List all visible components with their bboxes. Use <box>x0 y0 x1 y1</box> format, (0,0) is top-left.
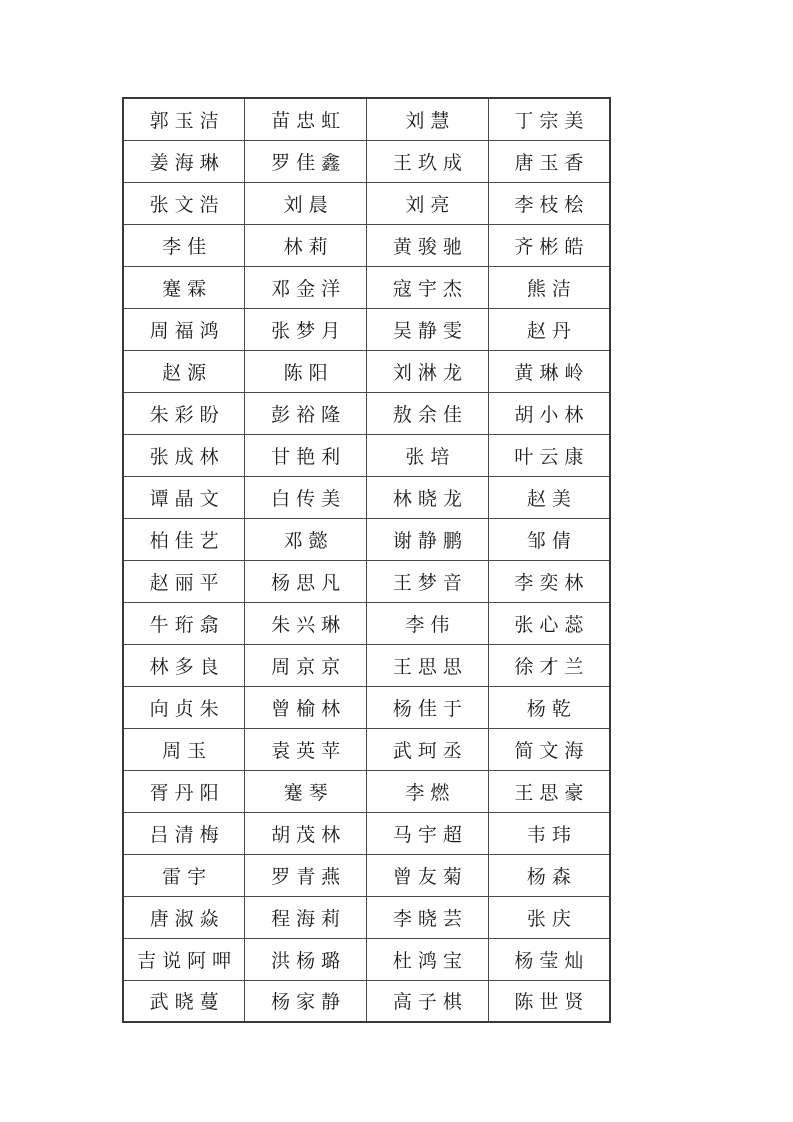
name-cell: 唐玉香 <box>488 140 610 182</box>
name-cell: 王思豪 <box>488 770 610 812</box>
name-cell: 陈阳 <box>245 350 367 392</box>
table-row: 牛珩翕朱兴琳李伟张心蕊 <box>123 602 610 644</box>
name-cell: 林莉 <box>245 224 367 266</box>
name-cell: 周京京 <box>245 644 367 686</box>
name-cell: 彭裕隆 <box>245 392 367 434</box>
names-table: 郭玉洁苗忠虹刘慧丁宗美姜海琳罗佳鑫王玖成唐玉香张文浩刘晨刘亮李枝桧李佳林莉黄骏驰… <box>122 97 611 1023</box>
name-cell: 胡小林 <box>488 392 610 434</box>
name-cell: 张成林 <box>123 434 245 476</box>
table-row: 李佳林莉黄骏驰齐彬皓 <box>123 224 610 266</box>
table-row: 唐淑焱程海莉李晓芸张庆 <box>123 896 610 938</box>
name-cell: 韦玮 <box>488 812 610 854</box>
name-cell: 朱兴琳 <box>245 602 367 644</box>
name-cell: 刘淋龙 <box>367 350 489 392</box>
name-cell: 吉说阿呷 <box>123 938 245 980</box>
name-cell: 李晓芸 <box>367 896 489 938</box>
name-cell: 郭玉洁 <box>123 98 245 140</box>
name-cell: 张文浩 <box>123 182 245 224</box>
table-row: 姜海琳罗佳鑫王玖成唐玉香 <box>123 140 610 182</box>
table-row: 林多良周京京王思思徐才兰 <box>123 644 610 686</box>
table-row: 郭玉洁苗忠虹刘慧丁宗美 <box>123 98 610 140</box>
name-cell: 武晓蔓 <box>123 980 245 1022</box>
name-cell: 徐才兰 <box>488 644 610 686</box>
table-row: 张成林甘艳利张培叶云康 <box>123 434 610 476</box>
names-table-body: 郭玉洁苗忠虹刘慧丁宗美姜海琳罗佳鑫王玖成唐玉香张文浩刘晨刘亮李枝桧李佳林莉黄骏驰… <box>123 98 610 1022</box>
table-row: 谭晶文白传美林晓龙赵美 <box>123 476 610 518</box>
name-cell: 柏佳艺 <box>123 518 245 560</box>
name-cell: 程海莉 <box>245 896 367 938</box>
name-cell: 杨莹灿 <box>488 938 610 980</box>
name-cell: 蹇霖 <box>123 266 245 308</box>
name-cell: 李伟 <box>367 602 489 644</box>
name-cell: 叶云康 <box>488 434 610 476</box>
name-cell: 邹倩 <box>488 518 610 560</box>
name-cell: 白传美 <box>245 476 367 518</box>
name-cell: 李枝桧 <box>488 182 610 224</box>
name-cell: 胡茂林 <box>245 812 367 854</box>
name-cell: 赵美 <box>488 476 610 518</box>
table-row: 武晓蔓杨家静高子棋陈世贤 <box>123 980 610 1022</box>
table-row: 向贞朱曾榆林杨佳于杨乾 <box>123 686 610 728</box>
name-cell: 唐淑焱 <box>123 896 245 938</box>
name-cell: 牛珩翕 <box>123 602 245 644</box>
name-cell: 高子棋 <box>367 980 489 1022</box>
name-cell: 吴静雯 <box>367 308 489 350</box>
name-cell: 吕清梅 <box>123 812 245 854</box>
name-cell: 陈世贤 <box>488 980 610 1022</box>
name-cell: 张培 <box>367 434 489 476</box>
name-cell: 简文海 <box>488 728 610 770</box>
name-cell: 谭晶文 <box>123 476 245 518</box>
name-cell: 罗佳鑫 <box>245 140 367 182</box>
name-cell: 刘晨 <box>245 182 367 224</box>
table-row: 雷宇罗青燕曾友菊杨森 <box>123 854 610 896</box>
name-cell: 敖余佳 <box>367 392 489 434</box>
table-row: 蹇霖邓金洋寇宇杰熊洁 <box>123 266 610 308</box>
name-cell: 张心蕊 <box>488 602 610 644</box>
table-row: 张文浩刘晨刘亮李枝桧 <box>123 182 610 224</box>
name-cell: 蹇琴 <box>245 770 367 812</box>
name-cell: 武珂丞 <box>367 728 489 770</box>
document-page: 郭玉洁苗忠虹刘慧丁宗美姜海琳罗佳鑫王玖成唐玉香张文浩刘晨刘亮李枝桧李佳林莉黄骏驰… <box>0 0 793 1122</box>
name-cell: 杨佳于 <box>367 686 489 728</box>
name-cell: 邓懿 <box>245 518 367 560</box>
name-cell: 甘艳利 <box>245 434 367 476</box>
name-cell: 罗青燕 <box>245 854 367 896</box>
name-cell: 朱彩盼 <box>123 392 245 434</box>
name-cell: 曾友菊 <box>367 854 489 896</box>
name-cell: 王梦音 <box>367 560 489 602</box>
table-row: 朱彩盼彭裕隆敖余佳胡小林 <box>123 392 610 434</box>
name-cell: 曾榆林 <box>245 686 367 728</box>
name-cell: 张庆 <box>488 896 610 938</box>
name-cell: 刘慧 <box>367 98 489 140</box>
name-cell: 姜海琳 <box>123 140 245 182</box>
name-cell: 黄骏驰 <box>367 224 489 266</box>
name-cell: 苗忠虹 <box>245 98 367 140</box>
name-cell: 向贞朱 <box>123 686 245 728</box>
name-cell: 胥丹阳 <box>123 770 245 812</box>
name-cell: 李燃 <box>367 770 489 812</box>
name-cell: 林多良 <box>123 644 245 686</box>
name-cell: 林晓龙 <box>367 476 489 518</box>
table-row: 赵源陈阳刘淋龙黄琳岭 <box>123 350 610 392</box>
name-cell: 杨家静 <box>245 980 367 1022</box>
table-row: 柏佳艺邓懿谢静鹏邹倩 <box>123 518 610 560</box>
name-cell: 李奕林 <box>488 560 610 602</box>
table-row: 周福鸿张梦月吴静雯赵丹 <box>123 308 610 350</box>
name-cell: 杨乾 <box>488 686 610 728</box>
name-cell: 马宇超 <box>367 812 489 854</box>
name-cell: 齐彬皓 <box>488 224 610 266</box>
name-cell: 黄琳岭 <box>488 350 610 392</box>
name-cell: 周玉 <box>123 728 245 770</box>
name-cell: 丁宗美 <box>488 98 610 140</box>
name-cell: 杨思凡 <box>245 560 367 602</box>
name-cell: 赵丽平 <box>123 560 245 602</box>
name-cell: 张梦月 <box>245 308 367 350</box>
name-cell: 刘亮 <box>367 182 489 224</box>
name-cell: 袁英苹 <box>245 728 367 770</box>
name-cell: 杜鸿宝 <box>367 938 489 980</box>
name-cell: 洪杨璐 <box>245 938 367 980</box>
table-row: 赵丽平杨思凡王梦音李奕林 <box>123 560 610 602</box>
name-cell: 赵丹 <box>488 308 610 350</box>
name-cell: 李佳 <box>123 224 245 266</box>
name-cell: 赵源 <box>123 350 245 392</box>
name-cell: 寇宇杰 <box>367 266 489 308</box>
table-row: 吕清梅胡茂林马宇超韦玮 <box>123 812 610 854</box>
table-row: 吉说阿呷洪杨璐杜鸿宝杨莹灿 <box>123 938 610 980</box>
name-cell: 周福鸿 <box>123 308 245 350</box>
table-row: 周玉袁英苹武珂丞简文海 <box>123 728 610 770</box>
name-cell: 熊洁 <box>488 266 610 308</box>
table-row: 胥丹阳蹇琴李燃王思豪 <box>123 770 610 812</box>
name-cell: 王玖成 <box>367 140 489 182</box>
name-cell: 雷宇 <box>123 854 245 896</box>
name-cell: 邓金洋 <box>245 266 367 308</box>
name-cell: 谢静鹏 <box>367 518 489 560</box>
name-cell: 杨森 <box>488 854 610 896</box>
name-cell: 王思思 <box>367 644 489 686</box>
